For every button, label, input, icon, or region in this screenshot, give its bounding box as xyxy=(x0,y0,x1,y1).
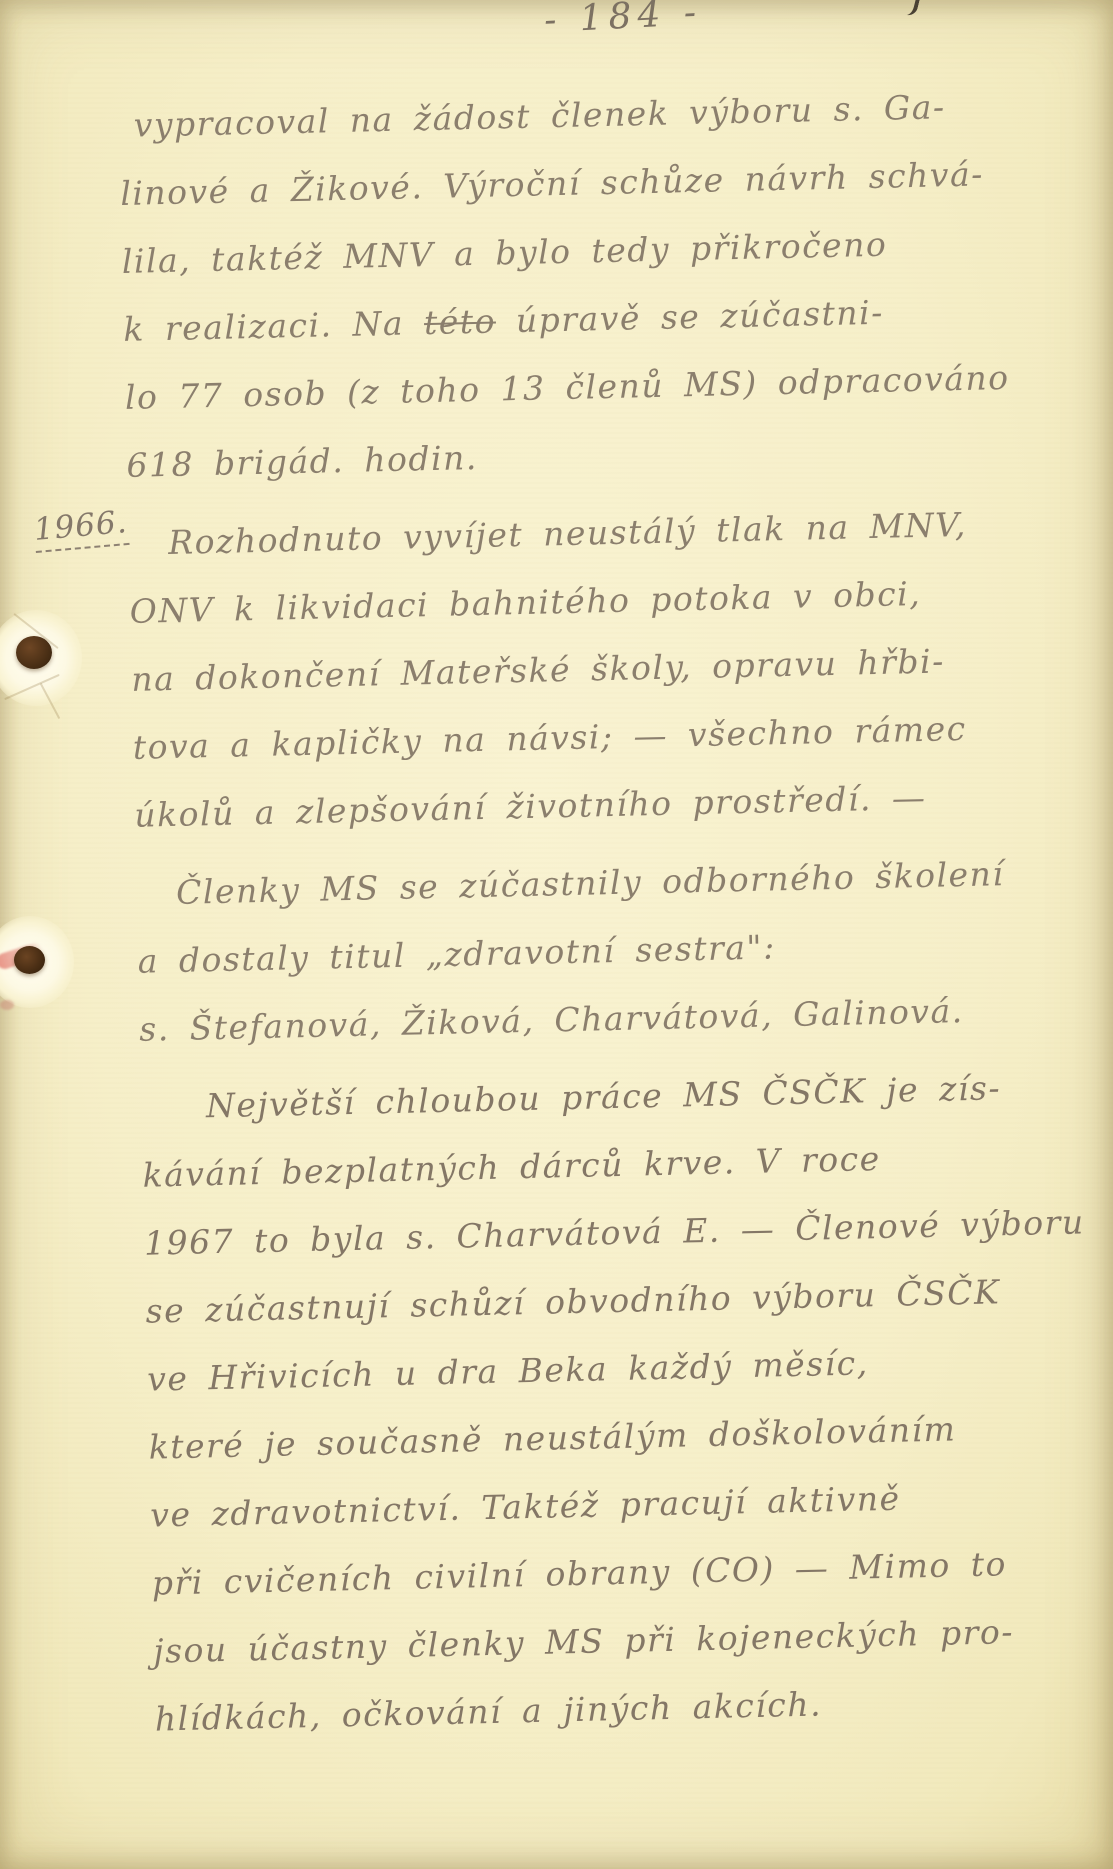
struck-word: této xyxy=(424,301,497,342)
handwriting-block: vypracoval na žádost členek výboru s. Ga… xyxy=(118,71,1095,1754)
paragraph-4: Největší chloubou práce MS ČSČK je zís- … xyxy=(140,1052,1095,1753)
paragraph-3: Členky MS se zúčastnily odborného školen… xyxy=(135,838,1079,1063)
line-segment: k realizaci. Na xyxy=(123,303,425,349)
line-segment: úpravě se zúčastni- xyxy=(495,293,884,341)
pink-ink-dot xyxy=(0,1000,14,1010)
paragraph-2: Rozhodnuto vyvíjet neustálý tlak na MNV,… xyxy=(127,489,1074,850)
hole-punch-bottom-icon xyxy=(14,946,45,974)
hole-punch-top-icon xyxy=(16,636,52,669)
paragraph-1: vypracoval na žádost členek výboru s. Ga… xyxy=(118,71,1067,500)
margin-year-label: 1966. xyxy=(32,504,129,553)
document-scan: { "page": { "number": "- 184 -", "margin… xyxy=(0,0,1113,1869)
